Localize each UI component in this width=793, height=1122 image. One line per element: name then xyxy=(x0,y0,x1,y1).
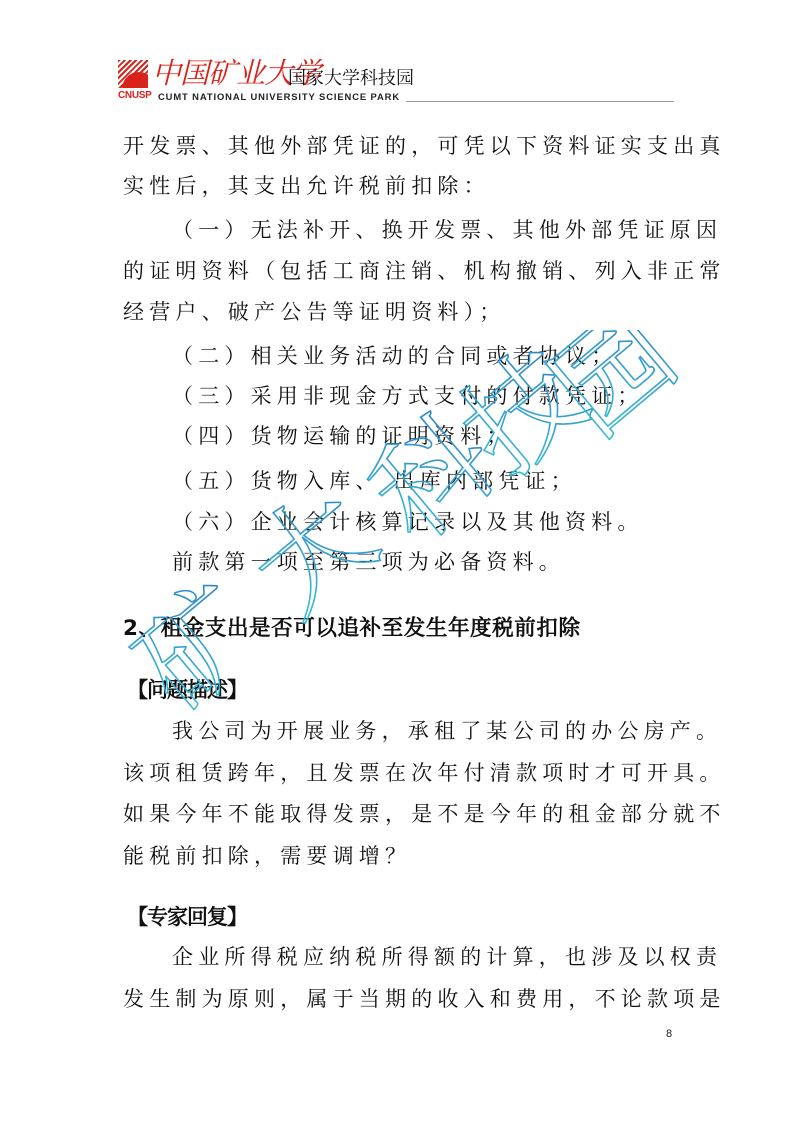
page-number: 8 xyxy=(666,1028,672,1040)
question-tag: 【问题描述】 xyxy=(127,677,247,703)
body-line: 经营户、破产公告等证明资料）； xyxy=(123,299,506,325)
list-item: （五）货物入库、 出库内部凭证； xyxy=(172,468,577,494)
cnusp-logo-icon xyxy=(118,60,148,88)
header-divider xyxy=(406,101,674,102)
logo-park-name: 国家大学科技园 xyxy=(288,68,414,90)
body-line: 实性后，其支出允许税前扣除： xyxy=(123,173,490,199)
body-line: 前款第一项至第三项为必备资料。 xyxy=(172,549,565,575)
answer-tag: 【专家回复】 xyxy=(127,904,247,930)
list-item: （六）企业会计核算记录以及其他资料。 xyxy=(172,509,644,535)
logo-abbreviation: CNUSP xyxy=(118,90,152,102)
answer-line: 企业所得税应纳税所得额的计算，也涉及以权责 xyxy=(172,944,722,970)
question-line: 该项租赁跨年，且发票在次年付清款项时才可开具。 xyxy=(123,760,726,786)
question-line: 我公司为开展业务，承租了某公司的办公房产。 xyxy=(172,718,722,744)
section-heading: 2、租金支出是否可以追补至发生年度税前扣除 xyxy=(123,616,581,642)
body-line: 的证明资料（包括工商注销、机构撤销、列入非正常 xyxy=(123,258,726,284)
logo-english-name: CUMT NATIONAL UNIVERSITY SCIENCE PARK xyxy=(158,91,400,102)
body-line: 开发票、其他外部凭证的，可凭以下资料证实支出真 xyxy=(123,133,726,159)
question-line: 能税前扣除，需要调增？ xyxy=(123,843,411,869)
list-item: （四）货物运输的证明资料； xyxy=(172,423,513,449)
page-header: 中国矿业大学 国家大学科技园 CNUSP CUMT NATIONAL UNIVE… xyxy=(118,58,674,102)
question-line: 如果今年不能取得发票，是不是今年的租金部分就不 xyxy=(123,801,726,827)
list-item: （二）相关业务活动的合同或者协议； xyxy=(172,343,617,369)
watermark-char: 矿 xyxy=(112,560,286,730)
list-item: （三）采用非现金方式支付的付款凭证； xyxy=(172,383,644,409)
answer-line: 发生制为原则，属于当期的收入和费用，不论款项是 xyxy=(123,986,726,1012)
list-item: （一）无法补开、换开发票、其他外部凭证原因 xyxy=(172,217,722,243)
